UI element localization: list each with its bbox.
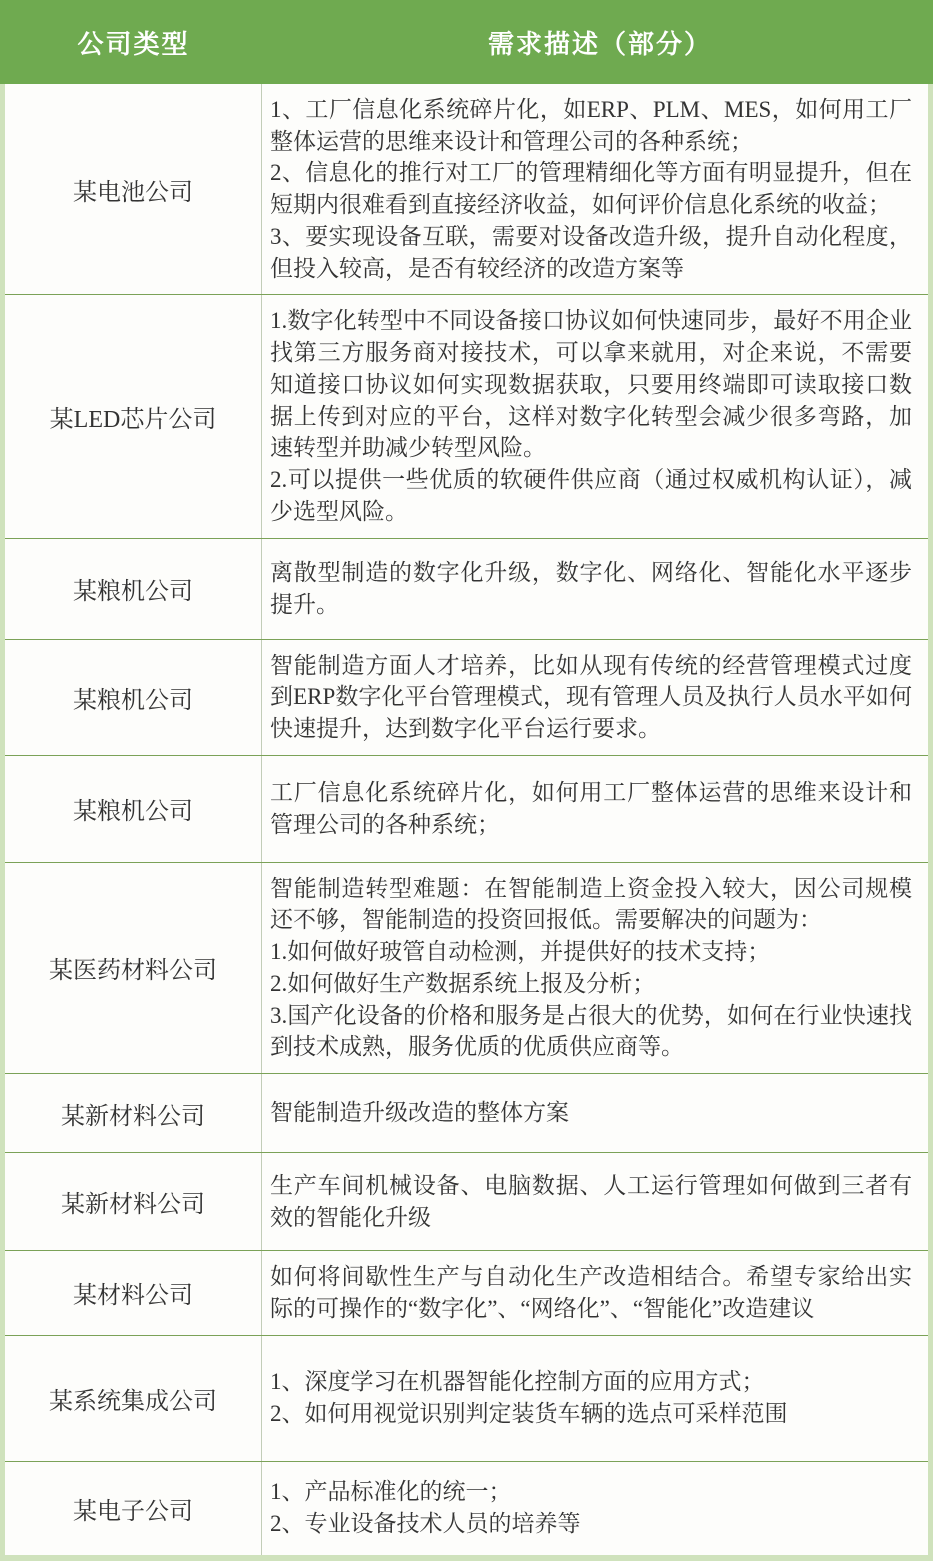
table-row: 某电池公司1、工厂信息化系统碎片化，如ERP、PLM、MES，如何用工厂整体运营… [5, 84, 928, 294]
table-row: 某粮机公司离散型制造的数字化升级，数字化、网络化、智能化水平逐步提升。 [5, 538, 928, 639]
table-row: 某粮机公司智能制造方面人才培养，比如从现有传统的经营管理模式过度到ERP数字化平… [5, 639, 928, 755]
table-row: 某粮机公司工厂信息化系统碎片化，如何用工厂整体运营的思维来设计和管理公司的各种系… [5, 755, 928, 862]
company-type-cell: 某新材料公司 [5, 1074, 262, 1152]
table-row: 某LED芯片公司1.数字化转型中不同设备接口协议如何快速同步，最好不用企业找第三… [5, 294, 928, 537]
demand-description-cell: 1、产品标准化的统一；2、专业设备技术人员的培养等 [262, 1462, 928, 1555]
table-row: 某医药材料公司智能制造转型难题：在智能制造上资金投入较大，因公司规模还不够，智能… [5, 862, 928, 1073]
demand-description-line: 工厂信息化系统碎片化，如何用工厂整体运营的思维来设计和管理公司的各种系统； [270, 777, 912, 840]
demand-description-line: 生产车间机械设备、电脑数据、人工运行管理如何做到三者有效的智能化升级 [270, 1170, 912, 1233]
table-row: 某材料公司如何将间歇性生产与自动化生产改造相结合。希望专家给出实际的可操作的“数… [5, 1250, 928, 1334]
demand-description-cell: 智能制造方面人才培养，比如从现有传统的经营管理模式过度到ERP数字化平台管理模式… [262, 640, 928, 755]
demand-description-cell: 1.数字化转型中不同设备接口协议如何快速同步，最好不用企业找第三方服务商对接技术… [262, 295, 928, 537]
demand-description-line: 智能制造转型难题：在智能制造上资金投入较大，因公司规模还不够，智能制造的投资回报… [270, 873, 912, 936]
demand-description-line: 1.数字化转型中不同设备接口协议如何快速同步，最好不用企业找第三方服务商对接技术… [270, 305, 912, 464]
demand-description-cell: 智能制造升级改造的整体方案 [262, 1074, 928, 1152]
demand-description-line: 1、工厂信息化系统碎片化，如ERP、PLM、MES，如何用工厂整体运营的思维来设… [270, 94, 912, 157]
requirements-table: 公司类型 需求描述（部分） 某电池公司1、工厂信息化系统碎片化，如ERP、PLM… [0, 0, 933, 1561]
demand-description-line: 智能制造升级改造的整体方案 [270, 1097, 912, 1129]
table-header-row: 公司类型 需求描述（部分） [0, 0, 933, 84]
company-type-cell: 某材料公司 [5, 1251, 262, 1334]
company-type-cell: 某新材料公司 [5, 1153, 262, 1250]
demand-description-line: 智能制造方面人才培养，比如从现有传统的经营管理模式过度到ERP数字化平台管理模式… [270, 650, 912, 745]
company-type-cell: 某粮机公司 [5, 539, 262, 639]
demand-description-cell: 生产车间机械设备、电脑数据、人工运行管理如何做到三者有效的智能化升级 [262, 1153, 928, 1250]
company-type-cell: 某医药材料公司 [5, 863, 262, 1073]
demand-description-cell: 1、深度学习在机器智能化控制方面的应用方式；2、如何用视觉识别判定装货车辆的选点… [262, 1336, 928, 1461]
demand-description-line: 1、产品标准化的统一； [270, 1476, 912, 1508]
company-type-cell: 某粮机公司 [5, 640, 262, 755]
table-body: 某电池公司1、工厂信息化系统碎片化，如ERP、PLM、MES，如何用工厂整体运营… [5, 84, 928, 1555]
company-type-cell: 某LED芯片公司 [5, 295, 262, 537]
demand-description-line: 2.可以提供一些优质的软硬件供应商（通过权威机构认证），减少选型风险。 [270, 464, 912, 527]
demand-description-line: 1、深度学习在机器智能化控制方面的应用方式； [270, 1366, 912, 1398]
demand-description-cell: 1、工厂信息化系统碎片化，如ERP、PLM、MES，如何用工厂整体运营的思维来设… [262, 84, 928, 294]
demand-description-line: 2、信息化的推行对工厂的管理精细化等方面有明显提升，但在短期内很难看到直接经济收… [270, 157, 912, 220]
company-type-cell: 某电子公司 [5, 1462, 262, 1555]
company-type-cell: 某系统集成公司 [5, 1336, 262, 1461]
demand-description-cell: 智能制造转型难题：在智能制造上资金投入较大，因公司规模还不够，智能制造的投资回报… [262, 863, 928, 1073]
company-type-cell: 某电池公司 [5, 84, 262, 294]
demand-description-line: 2.如何做好生产数据系统上报及分析； [270, 968, 912, 1000]
table-row: 某系统集成公司1、深度学习在机器智能化控制方面的应用方式；2、如何用视觉识别判定… [5, 1335, 928, 1461]
company-type-cell: 某粮机公司 [5, 756, 262, 862]
demand-description-line: 如何将间歇性生产与自动化生产改造相结合。希望专家给出实际的可操作的“数字化”、“… [270, 1261, 912, 1324]
demand-description-line: 3、要实现设备互联，需要对设备改造升级，提升自动化程度，但投入较高，是否有较经济… [270, 221, 912, 284]
table-row: 某电子公司1、产品标准化的统一；2、专业设备技术人员的培养等 [5, 1461, 928, 1555]
demand-description-cell: 工厂信息化系统碎片化，如何用工厂整体运营的思维来设计和管理公司的各种系统； [262, 756, 928, 862]
header-company-type: 公司类型 [0, 0, 267, 84]
demand-description-line: 3.国产化设备的价格和服务是占很大的优势，如何在行业快速找到技术成熟，服务优质的… [270, 1000, 912, 1063]
demand-description-cell: 如何将间歇性生产与自动化生产改造相结合。希望专家给出实际的可操作的“数字化”、“… [262, 1251, 928, 1334]
demand-description-line: 1.如何做好玻管自动检测，并提供好的技术支持； [270, 936, 912, 968]
table-row: 某新材料公司生产车间机械设备、电脑数据、人工运行管理如何做到三者有效的智能化升级 [5, 1152, 928, 1250]
demand-description-line: 2、专业设备技术人员的培养等 [270, 1508, 912, 1540]
demand-description-line: 离散型制造的数字化升级，数字化、网络化、智能化水平逐步提升。 [270, 557, 912, 620]
demand-description-cell: 离散型制造的数字化升级，数字化、网络化、智能化水平逐步提升。 [262, 539, 928, 639]
demand-description-line: 2、如何用视觉识别判定装货车辆的选点可采样范围 [270, 1398, 912, 1430]
header-demand-description: 需求描述（部分） [267, 0, 933, 84]
table-row: 某新材料公司智能制造升级改造的整体方案 [5, 1073, 928, 1152]
